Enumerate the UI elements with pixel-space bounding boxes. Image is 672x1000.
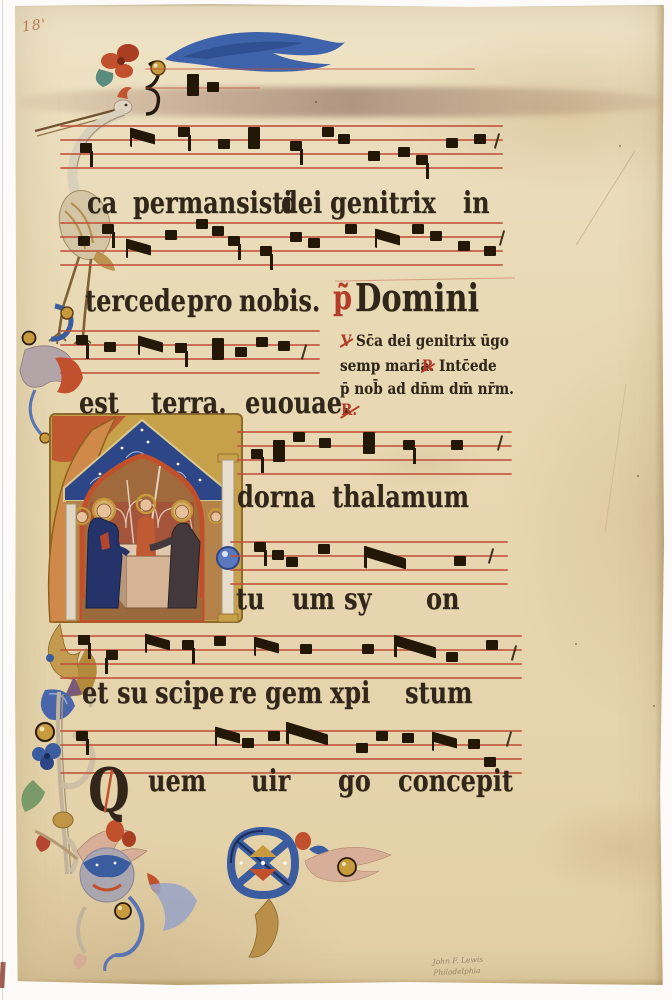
staff-line bbox=[60, 358, 320, 360]
chant-text-segment: re bbox=[229, 679, 257, 709]
neume-p bbox=[318, 544, 330, 554]
staff-top-remnant bbox=[145, 68, 475, 124]
chant-text-segment: go bbox=[338, 767, 371, 797]
crane-crest bbox=[117, 87, 132, 99]
chant-text-segment: permansisti bbox=[133, 189, 292, 219]
staff-line bbox=[237, 473, 512, 475]
chant-text-segment: genitrix bbox=[330, 189, 436, 219]
neume-p bbox=[293, 432, 305, 442]
neume-c2 bbox=[364, 546, 406, 570]
chant-text-segment: pro bbox=[187, 287, 232, 317]
chant-text-segment: on bbox=[426, 585, 459, 615]
neume-v bbox=[76, 731, 88, 741]
staff-line bbox=[60, 139, 503, 141]
chant-text-segment: xpi bbox=[330, 679, 370, 709]
staff-1 bbox=[60, 125, 503, 181]
staff-line bbox=[60, 635, 522, 637]
neume-p bbox=[345, 224, 357, 234]
chant-text-segment: Domini bbox=[355, 279, 479, 317]
neume-s bbox=[511, 645, 518, 661]
chant-text-segment: tercede bbox=[85, 287, 186, 317]
chant-text-segment: R bbox=[422, 358, 433, 374]
neume-p bbox=[300, 644, 312, 654]
gold-ball-icon bbox=[61, 307, 73, 319]
neume-v bbox=[80, 143, 92, 153]
chant-text-segment: uem bbox=[148, 767, 206, 797]
neume-p bbox=[362, 644, 374, 654]
neume-c2 bbox=[394, 635, 436, 659]
simeon-figure bbox=[168, 523, 200, 608]
neume-s bbox=[497, 435, 504, 451]
staff-line bbox=[60, 372, 320, 374]
neume-p bbox=[322, 127, 334, 137]
blue-knotwork bbox=[231, 831, 295, 895]
neume-v bbox=[175, 343, 187, 353]
neume-p bbox=[338, 134, 350, 144]
gold-ball-icon bbox=[115, 903, 131, 919]
staff-line bbox=[145, 68, 475, 70]
lavender-swash bbox=[149, 883, 197, 931]
neume-pd bbox=[212, 338, 224, 360]
neume-p bbox=[451, 440, 463, 450]
crease-line bbox=[576, 151, 635, 245]
blue-trefoil-flower bbox=[32, 743, 61, 770]
neume-p bbox=[308, 238, 320, 248]
neume-c bbox=[130, 127, 155, 144]
manuscript-photo: 18' bbox=[0, 0, 672, 1000]
neume-pd bbox=[248, 127, 260, 149]
neume-c bbox=[432, 731, 457, 748]
neume-pd bbox=[363, 432, 375, 454]
neume-vl bbox=[106, 650, 118, 660]
neume-p bbox=[468, 739, 480, 749]
neume-p bbox=[484, 246, 496, 256]
chant-text-segment: terra. bbox=[151, 389, 227, 419]
chant-text-segment: sy bbox=[344, 585, 371, 615]
collector-inscription: John F. Lewis Philadelphia bbox=[432, 954, 484, 979]
neume-p bbox=[104, 342, 116, 352]
neume-c bbox=[375, 228, 400, 245]
neume-p bbox=[368, 151, 380, 161]
chant-text-segment: dei bbox=[281, 189, 322, 219]
neume-pd bbox=[273, 440, 285, 462]
neume-p bbox=[218, 139, 230, 149]
leaf-right-edge bbox=[655, 3, 664, 985]
neume-p bbox=[356, 743, 368, 753]
neume-p bbox=[214, 636, 226, 646]
chant-text-segment: p̃ bbox=[333, 281, 352, 315]
chant-text-segment: Intc̄ede bbox=[439, 358, 497, 374]
chant-text-segment: R. bbox=[341, 402, 357, 418]
staff-line bbox=[60, 167, 503, 169]
staff-4 bbox=[237, 431, 512, 487]
neume-v bbox=[78, 635, 90, 645]
mary-figure bbox=[86, 518, 122, 608]
chant-text-segment: su bbox=[117, 679, 148, 709]
neume-p bbox=[165, 230, 177, 240]
staff-line bbox=[230, 541, 508, 543]
neume-v bbox=[76, 335, 88, 345]
chant-text-segment: um bbox=[292, 585, 335, 615]
neume-p bbox=[272, 550, 284, 560]
neume-c bbox=[138, 335, 163, 352]
staff-line bbox=[60, 663, 522, 665]
neume-p bbox=[376, 731, 388, 741]
chant-text-segment: euouae. bbox=[245, 389, 350, 419]
neume-p bbox=[458, 241, 470, 251]
staff-line bbox=[60, 153, 503, 155]
neume-p bbox=[278, 341, 290, 351]
neume-p bbox=[256, 337, 268, 347]
staff-2 bbox=[60, 222, 503, 278]
neume-pd bbox=[187, 74, 199, 96]
neume-p bbox=[474, 134, 486, 144]
neume-p bbox=[290, 232, 302, 242]
neume-c bbox=[254, 636, 279, 653]
folio-number: 18' bbox=[21, 16, 48, 35]
chant-text-segment: V bbox=[341, 333, 352, 349]
neume-p bbox=[242, 738, 254, 748]
staff-line bbox=[60, 330, 320, 332]
green-leaf bbox=[21, 780, 45, 812]
neume-v bbox=[251, 449, 263, 459]
staff-line bbox=[60, 125, 503, 127]
neume-p bbox=[446, 138, 458, 148]
staff-line bbox=[60, 222, 503, 224]
chant-text-segment: tu bbox=[236, 585, 265, 615]
neume-c bbox=[126, 238, 151, 255]
staff-3 bbox=[60, 330, 320, 386]
gold-ball-icon bbox=[338, 858, 356, 876]
chant-text-segment: est bbox=[79, 389, 119, 419]
neume-p bbox=[446, 652, 458, 662]
chant-text-segment: in bbox=[463, 189, 490, 219]
neume-p bbox=[454, 556, 466, 566]
chant-text-segment: nobis. bbox=[239, 287, 320, 317]
leaf-bottom-edge bbox=[15, 978, 664, 985]
neume-v bbox=[102, 224, 114, 234]
neume-c bbox=[215, 726, 240, 743]
chant-text-segment: ca bbox=[87, 189, 117, 219]
crease-line bbox=[605, 384, 627, 533]
neume-s bbox=[494, 133, 501, 149]
neume-v bbox=[416, 155, 428, 165]
chant-text-segment: dorna bbox=[237, 483, 315, 513]
neume-p bbox=[402, 733, 414, 743]
neume-p bbox=[412, 224, 424, 234]
bottom-border-foliage bbox=[17, 815, 417, 973]
neume-p bbox=[235, 347, 247, 357]
neume-p bbox=[78, 236, 90, 246]
gold-ball-icon bbox=[23, 332, 36, 345]
neume-v bbox=[403, 440, 415, 450]
chant-text-segment: stum bbox=[405, 679, 472, 709]
neume-p bbox=[207, 82, 219, 92]
chant-text-segment: gem bbox=[265, 679, 322, 709]
neume-p bbox=[486, 640, 498, 650]
neume-s bbox=[499, 230, 506, 246]
neume-v bbox=[178, 127, 190, 137]
chant-text-segment: Q bbox=[88, 761, 130, 821]
staff-line bbox=[145, 87, 260, 89]
neume-c2 bbox=[286, 722, 328, 746]
neume-p bbox=[430, 231, 442, 241]
neume-p bbox=[398, 147, 410, 157]
chant-text-segment: Sc̄a dei genitrix ūgo bbox=[356, 333, 509, 349]
chant-text-segment: uir bbox=[251, 767, 290, 797]
neume-p bbox=[286, 557, 298, 567]
manuscript-leaf: 18' bbox=[15, 3, 664, 985]
chant-text-segment: concepit bbox=[398, 767, 513, 797]
staff-line bbox=[60, 264, 503, 266]
staff-line bbox=[230, 569, 508, 571]
neume-p bbox=[268, 731, 280, 741]
neume-v bbox=[260, 246, 272, 256]
binding-edge-streak bbox=[0, 962, 6, 988]
chant-text-segment: p̄ nob̄ ad dn̄m dm̄ nr̄m. bbox=[340, 381, 514, 397]
neume-v bbox=[290, 141, 302, 151]
neume-v bbox=[254, 542, 266, 552]
staff-line bbox=[60, 649, 522, 651]
chant-text-segment: et bbox=[82, 679, 108, 709]
neume-p bbox=[319, 438, 331, 448]
ochre-plume bbox=[249, 899, 278, 957]
chant-text-segment: thalamum bbox=[332, 483, 469, 513]
gold-ball-icon bbox=[36, 723, 54, 741]
neume-v bbox=[228, 236, 240, 246]
neume-p bbox=[212, 226, 224, 236]
neume-v bbox=[182, 640, 194, 650]
chant-text-segment: scipe bbox=[155, 679, 224, 709]
